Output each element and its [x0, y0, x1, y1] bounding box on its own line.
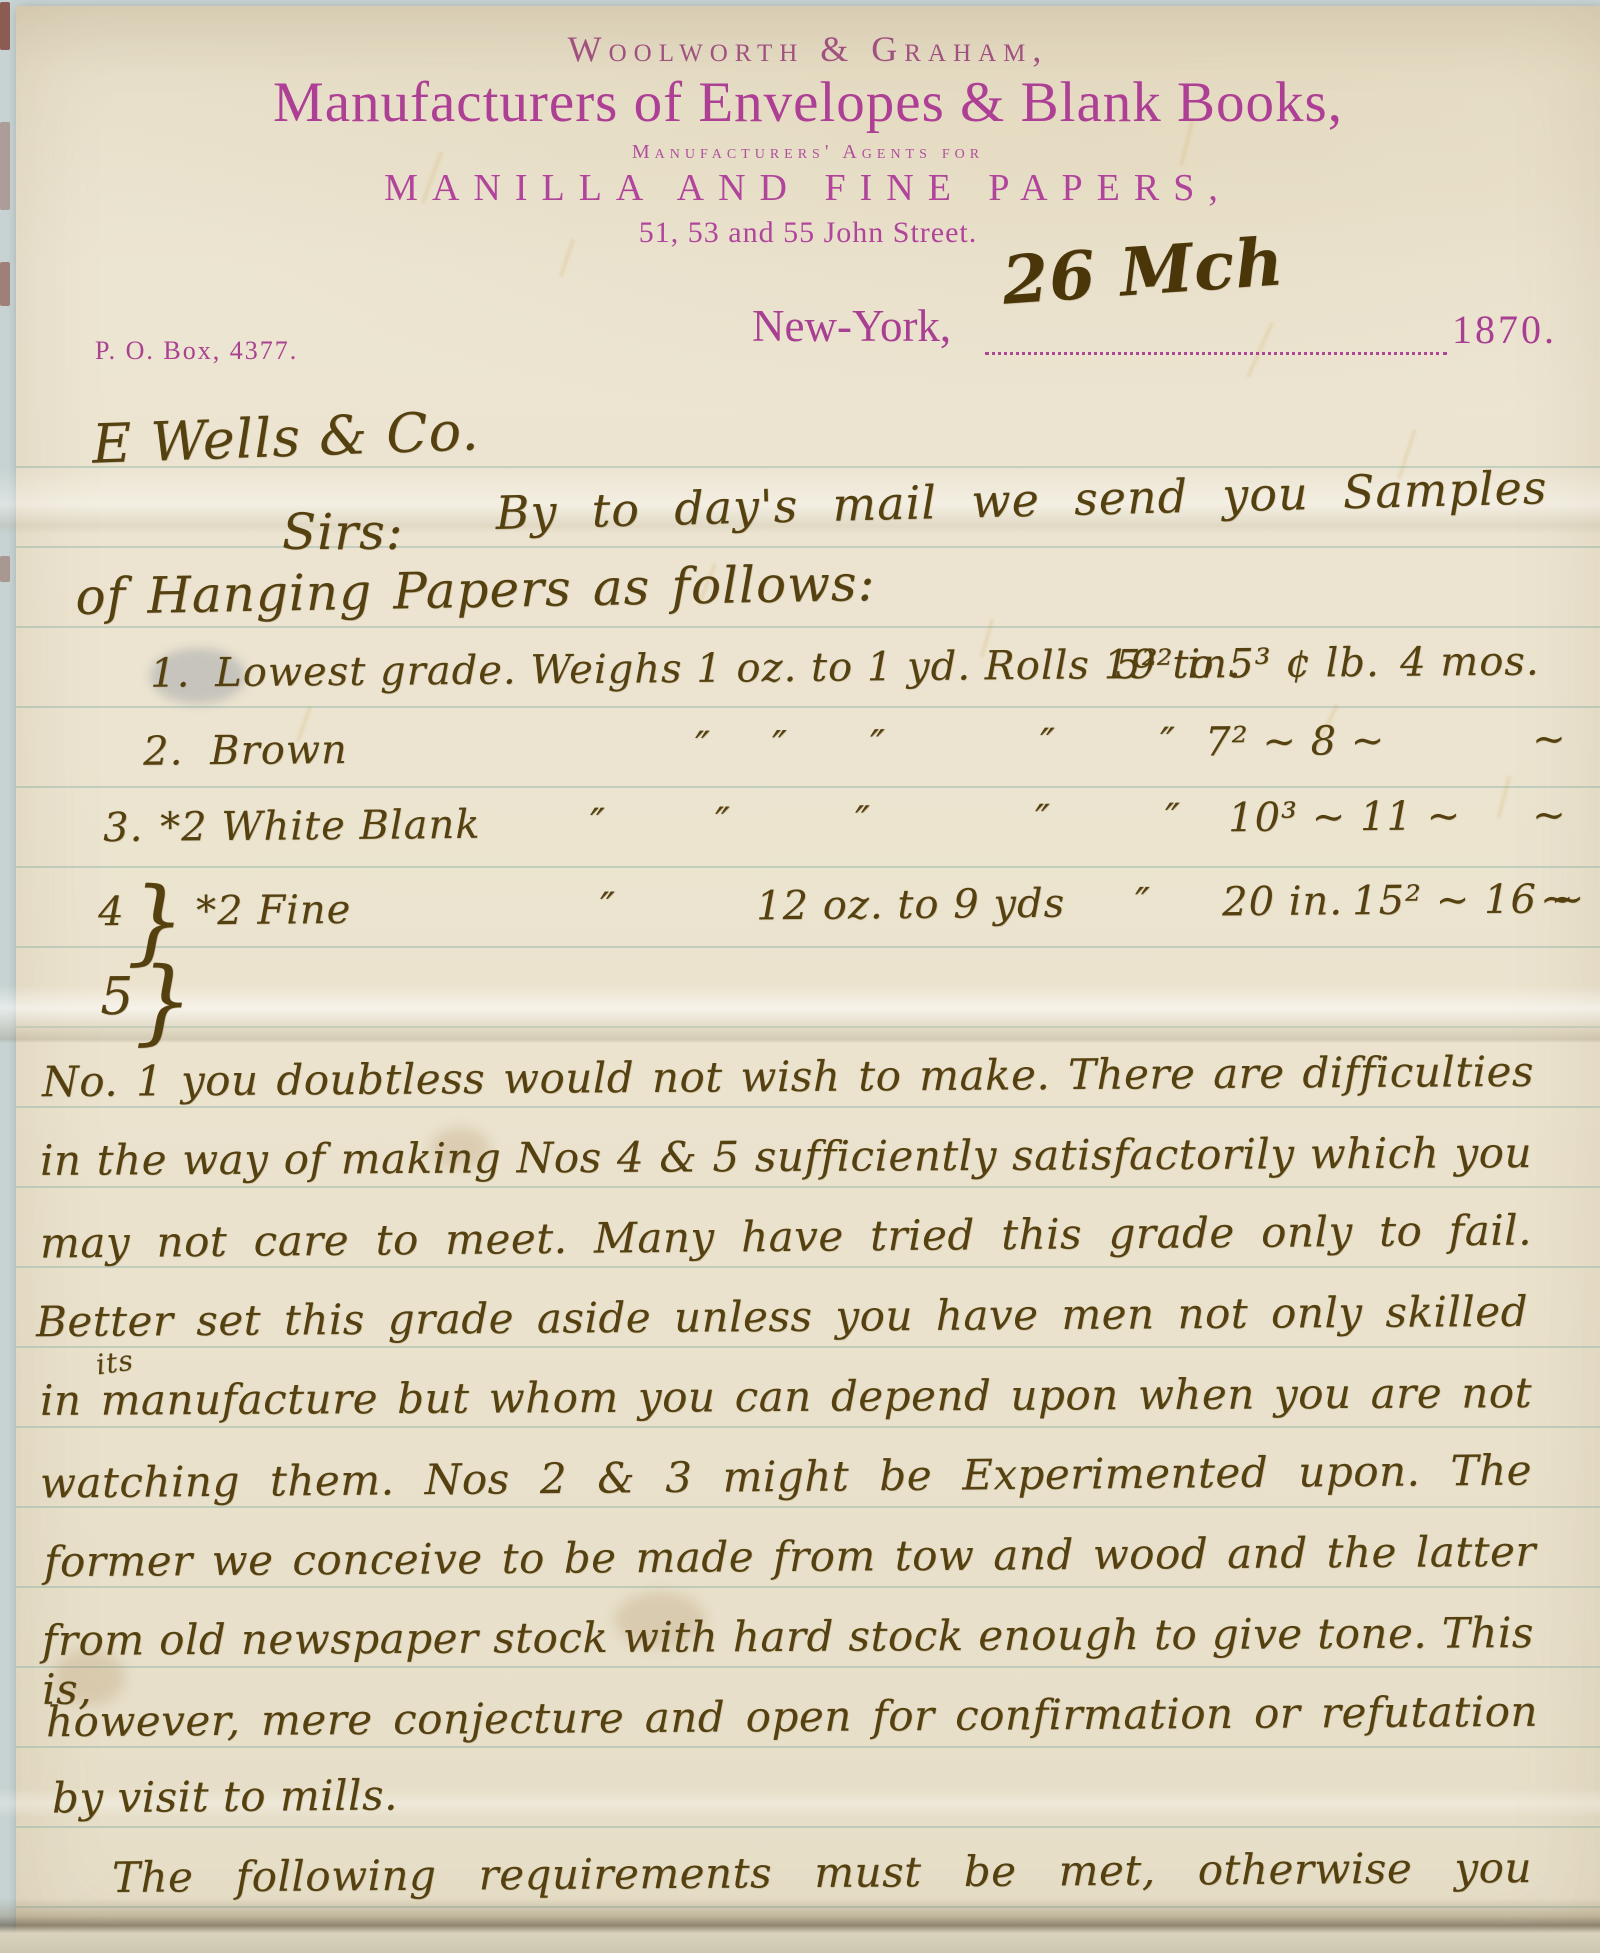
item-4-rolls: 20 in. [1222, 878, 1343, 925]
ditto-mark: ″ [590, 801, 606, 847]
year-label: 1870. [1452, 306, 1557, 353]
agents-line: Manufacturers' Agents for [16, 141, 1600, 164]
ditto-mark: ″ [870, 722, 886, 768]
item-3-number: 3. [103, 805, 144, 851]
ditto-mark: ″ [1135, 880, 1151, 926]
item-3-description: *2 White Blank [160, 802, 481, 851]
body-line-7: former we conceive to be made from tow a… [44, 1527, 1536, 1586]
item-4-description: *2 Fine [196, 887, 352, 934]
ditto-mark: ″ [1160, 720, 1176, 766]
city-label: New-York, [752, 300, 951, 352]
scan-edge-mark [0, 556, 10, 582]
company-name: Woolworth & Graham, [16, 28, 1600, 70]
body-line-2: in the way of making Nos 4 & 5 sufficien… [40, 1128, 1532, 1185]
item-2-description: Brown [210, 727, 348, 774]
body-line-11: The following requirements must be met, … [112, 1843, 1532, 1902]
ditto-mark: ″ [715, 800, 731, 846]
body-line-4: Better set this grade aside unless you h… [36, 1287, 1528, 1346]
item-2-terms: ~ [1532, 716, 1567, 762]
ditto-mark: ″ [600, 885, 616, 931]
item-5-brace: } [134, 960, 194, 1043]
business-line: Manufacturers of Envelopes & Blank Books… [16, 70, 1600, 135]
scanned-letter: Woolworth & Graham, Manufacturers of Env… [0, 0, 1600, 1953]
ditto-mark: ″ [855, 798, 871, 844]
ditto-mark: ″ [1165, 796, 1181, 842]
inserted-word: its [94, 1344, 136, 1382]
body-line-9: however, mere conjecture and open for co… [46, 1687, 1538, 1746]
body-line-5: in manufacture but whom you can depend u… [40, 1368, 1532, 1425]
ditto-mark: ″ [1035, 797, 1051, 843]
item-3-terms: ~ [1532, 792, 1567, 838]
products-line: MANILLA AND FINE PAPERS, [16, 166, 1600, 210]
paper-bottom-edge [0, 1898, 1600, 1953]
body-line-10: by visit to mills. [52, 1770, 398, 1822]
street-address: 51, 53 and 55 John Street. [16, 216, 1600, 250]
date-dotted-rule [985, 318, 1447, 355]
ditto-mark: ″ [1040, 721, 1056, 767]
scan-edge-mark [0, 2, 10, 50]
ditto-mark: ″ [772, 723, 788, 769]
salutation: Sirs: [282, 503, 404, 561]
item-1-terms: 4 mos. [1400, 639, 1540, 686]
item-1-price: 5² to 5³ ¢ lb. [1115, 640, 1380, 688]
item-2-number: 2. [143, 728, 184, 774]
item-1-description: Lowest grade. Weighs 1 oz. to 1 yd. Roll… [215, 641, 1242, 696]
item-4-number: 4 [98, 889, 125, 935]
item-4-terms: ~ [1540, 876, 1575, 922]
item-5-number: 5 [100, 967, 135, 1027]
scan-edge-mark [0, 262, 10, 306]
po-box: P. O. Box, 4377. [95, 336, 298, 366]
item-3-price: 10³ ~ 11 ~ [1228, 793, 1461, 841]
item-4-weight: 12 oz. to 9 yds [756, 881, 1065, 930]
scan-edge-mark [0, 122, 10, 210]
body-line-1: No. 1 you doubtless would not wish to ma… [42, 1047, 1534, 1106]
item-1-number: 1. [150, 650, 191, 696]
item-2-price: 7² ~ 8 ~ [1205, 718, 1386, 766]
ditto-mark: ″ [695, 724, 711, 770]
